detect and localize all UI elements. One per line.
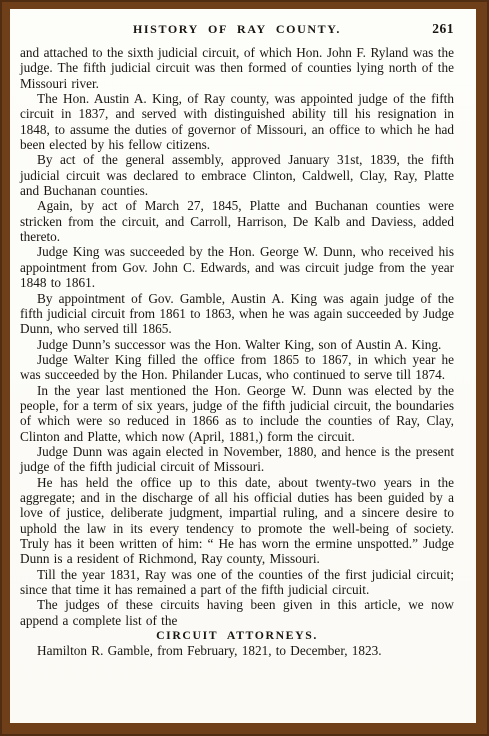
body-paragraph: By act of the general assembly, approved… xyxy=(20,152,454,198)
book-page: HISTORY OF RAY COUNTY. 261 and attached … xyxy=(10,9,476,723)
scanned-page-frame: HISTORY OF RAY COUNTY. 261 and attached … xyxy=(0,0,489,736)
body-paragraph: In the year last mentioned the Hon. Geor… xyxy=(20,383,454,444)
page-body: and attached to the sixth judicial circu… xyxy=(20,45,454,659)
page-header-title: HISTORY OF RAY COUNTY. xyxy=(133,22,341,36)
page-number: 261 xyxy=(432,21,454,37)
body-paragraph: Judge King was succeeded by the Hon. Geo… xyxy=(20,244,454,290)
body-paragraph: and attached to the sixth judicial circu… xyxy=(20,45,454,91)
body-paragraph: Judge Dunn was again elected in November… xyxy=(20,444,454,475)
body-paragraph: The judges of these circuits having been… xyxy=(20,597,454,628)
body-paragraph: Again, by act of March 27, 1845, Platte … xyxy=(20,198,454,244)
section-heading: CIRCUIT ATTORNEYS. xyxy=(20,628,454,643)
running-header: HISTORY OF RAY COUNTY. 261 xyxy=(20,22,454,37)
body-paragraph: Judge Walter King filled the office from… xyxy=(20,352,454,383)
body-paragraph: By appointment of Gov. Gamble, Austin A.… xyxy=(20,291,454,337)
body-paragraph: The Hon. Austin A. King, of Ray county, … xyxy=(20,91,454,152)
attorney-entry: Hamilton R. Gamble, from February, 1821,… xyxy=(20,643,454,658)
body-paragraph: He has held the office up to this date, … xyxy=(20,475,454,567)
body-paragraph: Till the year 1831, Ray was one of the c… xyxy=(20,567,454,598)
body-paragraph: Judge Dunn’s successor was the Hon. Walt… xyxy=(20,337,454,352)
